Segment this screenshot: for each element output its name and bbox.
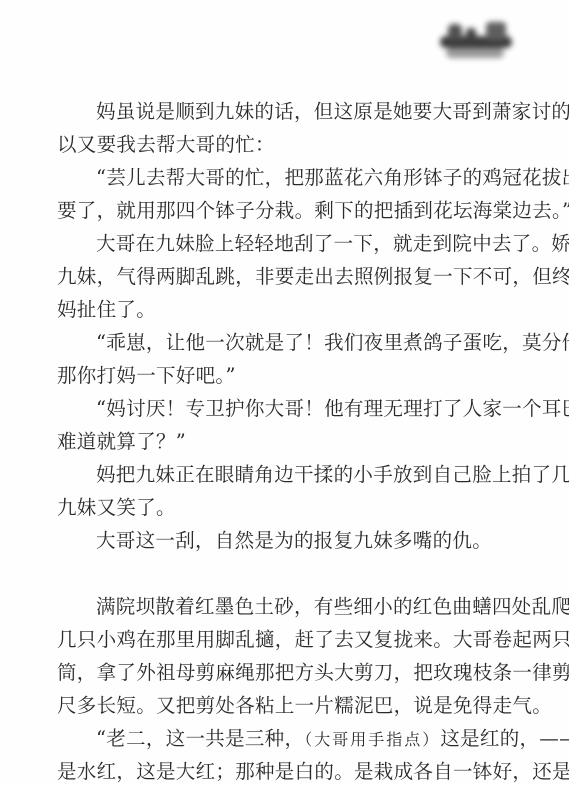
book-page: 妈虽说是顺到九妹的话，但这原是她要大哥到萧家讨的，是 以又要我去帮大哥的忙： “… bbox=[0, 0, 569, 786]
text-line: 九妹又笑了。 bbox=[57, 491, 533, 524]
text-line: 那你打妈一下好吧。” bbox=[57, 359, 533, 392]
text-line: 筒，拿了外祖母剪麻绳那把方头大剪刀，把玫瑰枝条一律剪成一 bbox=[57, 656, 533, 689]
text-line: 是水红，这是大红；那种是白的。是栽成各自一钵好，还是混合 bbox=[57, 755, 533, 786]
text-line: 妈扯住了。 bbox=[57, 293, 533, 326]
text-line: 妈虽说是顺到九妹的话，但这原是她要大哥到萧家讨的，是 bbox=[57, 95, 533, 128]
blurred-logo-stamp-icon bbox=[436, 18, 516, 62]
text-line: 大哥这一刮，自然是为的报复九妹多嘴的仇。 bbox=[57, 524, 533, 557]
text-line: 九妹，气得两脚乱跳，非要走出去照例报复一下不可，但终于给 bbox=[57, 260, 533, 293]
text-line: “妈讨厌！专卫护你大哥！他有理无理打了人家一个耳巴子， bbox=[57, 392, 533, 425]
text-segment: “老二，这一共是三种， bbox=[96, 727, 304, 750]
text-line: 要了，就用那四个钵子分栽。剩下的把插到花坛海棠边去。” bbox=[57, 194, 533, 227]
page-body-text: 妈虽说是顺到九妹的话，但这原是她要大哥到萧家讨的，是 以又要我去帮大哥的忙： “… bbox=[57, 95, 533, 786]
stage-direction: （大哥用手指点） bbox=[304, 730, 440, 749]
text-line: 以又要我去帮大哥的忙： bbox=[57, 128, 533, 161]
text-line: 难道就算了？” bbox=[57, 425, 533, 458]
text-line: 满院坝散着红墨色土砂，有些细小的红色曲蟮四处乱爬着。 bbox=[57, 590, 533, 623]
text-line: “老二，这一共是三种，（大哥用手指点）这是红的，——这 bbox=[57, 722, 533, 755]
section-break bbox=[57, 557, 533, 590]
text-line: “乖崽，让他一次就是了！我们夜里煮鸽子蛋吃，莫分他…… bbox=[57, 326, 533, 359]
text-line: 尺多长短。又把剪处各粘上一片糯泥巴，说是免得走气。 bbox=[57, 689, 533, 722]
text-line: 几只小鸡在那里用脚乱擿，赶了去又复拢来。大哥卷起两只衣袖 bbox=[57, 623, 533, 656]
text-line: 大哥在九妹脸上轻轻地刮了一下，就走到院中去了。娇纵的 bbox=[57, 227, 533, 260]
text-line: “芸儿去帮大哥的忙，把那蓝花六角形钵子的鸡冠花拔出不 bbox=[57, 161, 533, 194]
text-line: 妈把九妹正在眼睛角边干揉的小手放到自己脸上拍了几下， bbox=[57, 458, 533, 491]
text-segment: 这是红的，——这 bbox=[440, 727, 569, 750]
